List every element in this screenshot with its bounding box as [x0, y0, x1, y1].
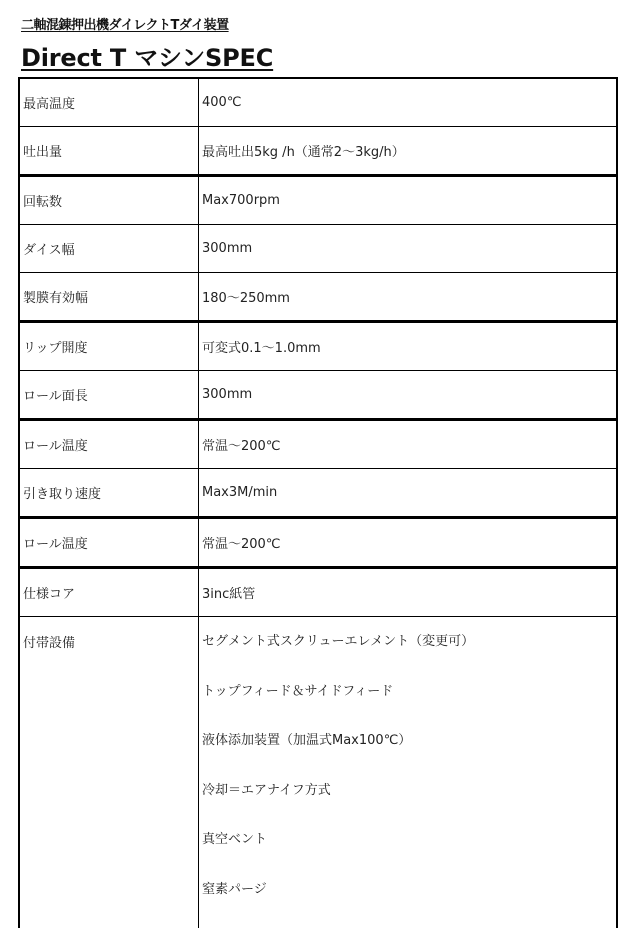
spec-label: 最高温度 [19, 78, 199, 127]
spec-row-accessories: 付帯設備 セグメント式スクリューエレメント（変更可） トップフィード＆サイドフィ… [19, 617, 617, 928]
spec-label: ロール温度 [19, 518, 199, 568]
spec-table: 最高温度 400℃ 吐出量 最高吐出5kg /h（通常2～3kg/h） 回転数 … [18, 77, 618, 928]
spec-value: Max700rpm [199, 176, 618, 225]
spec-row-takeup-speed: 引き取り速度 Max3M/min [19, 469, 617, 518]
spec-row-roll-temperature-2: ロール温度 常温～200℃ [19, 518, 617, 568]
spec-row-roll-face-length: ロール面長 300mm [19, 371, 617, 420]
spec-row-effective-film-width: 製膜有効幅 180～250mm [19, 273, 617, 322]
list-item: セグメント式スクリューエレメント（変更可） [202, 632, 616, 682]
page-title: Direct T マシンSPEC [21, 38, 273, 73]
spec-label: 仕様コア [19, 568, 199, 617]
spec-label: ロール面長 [19, 371, 199, 420]
spec-label: 吐出量 [19, 127, 199, 176]
spec-row-roll-temperature: ロール温度 常温～200℃ [19, 420, 617, 469]
accessories-list: セグメント式スクリューエレメント（変更可） トップフィード＆サイドフィード 液体… [202, 632, 616, 928]
spec-value: 常温～200℃ [199, 420, 618, 469]
spec-value: 3inc紙管 [199, 568, 618, 617]
list-item: 液体添加装置（加温式Max100℃） [202, 731, 616, 781]
spec-label: ロール温度 [19, 420, 199, 469]
spec-label: 回転数 [19, 176, 199, 225]
spec-row-max-temperature: 最高温度 400℃ [19, 78, 617, 127]
spec-value: 180～250mm [199, 273, 618, 322]
accessories-list-cell: セグメント式スクリューエレメント（変更可） トップフィード＆サイドフィード 液体… [199, 617, 618, 928]
spec-row-die-width: ダイス幅 300mm [19, 225, 617, 273]
spec-value: 可変式0.1～1.0mm [199, 322, 618, 371]
spec-value: Max3M/min [199, 469, 618, 518]
spec-row-lip-opening: リップ開度 可変式0.1～1.0mm [19, 322, 617, 371]
list-item: 冷却＝エアナイフ方式 [202, 781, 616, 831]
spec-label: 付帯設備 [19, 617, 199, 928]
list-item: 真空ベント [202, 830, 616, 880]
spec-label: 製膜有効幅 [19, 273, 199, 322]
spec-value: 300mm [199, 371, 618, 420]
spec-value: 400℃ [199, 78, 618, 127]
spec-value: 300mm [199, 225, 618, 273]
spec-row-output: 吐出量 最高吐出5kg /h（通常2～3kg/h） [19, 127, 617, 176]
spec-value: 最高吐出5kg /h（通常2～3kg/h） [199, 127, 618, 176]
list-item: 窒素パージ [202, 880, 616, 928]
document-subtitle: 二軸混錬押出機ダイレクトTダイ装置 [21, 14, 229, 33]
spec-label: 引き取り速度 [19, 469, 199, 518]
spec-value: 常温～200℃ [199, 518, 618, 568]
spec-label: ダイス幅 [19, 225, 199, 273]
list-item: トップフィード＆サイドフィード [202, 682, 616, 732]
spec-row-rotation-speed: 回転数 Max700rpm [19, 176, 617, 225]
spec-label: リップ開度 [19, 322, 199, 371]
spec-row-core-spec: 仕様コア 3inc紙管 [19, 568, 617, 617]
